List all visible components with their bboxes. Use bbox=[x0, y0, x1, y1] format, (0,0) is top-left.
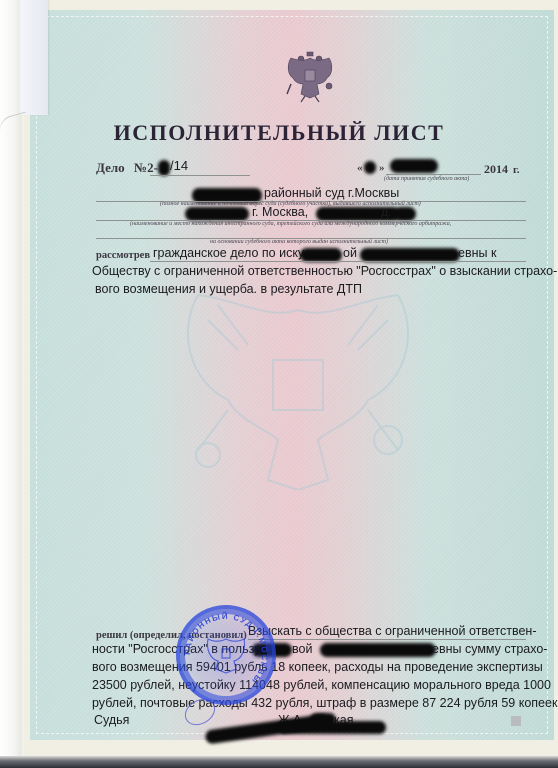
redaction-case-number bbox=[158, 160, 170, 176]
date-quote-close: » bbox=[379, 162, 385, 174]
redaction-plaintiff-name bbox=[360, 248, 460, 262]
decision-line-1: Взыскать с общества с ограниченной ответ… bbox=[248, 622, 536, 640]
plaintiff-patronymic-tail: евны к bbox=[458, 244, 496, 262]
date-underline bbox=[386, 174, 481, 175]
plaintiff-surname-tail: ой bbox=[343, 244, 357, 262]
date-year-suffix: г. bbox=[513, 164, 520, 176]
redaction-beneficiary-name bbox=[320, 643, 436, 657]
redaction-date-month bbox=[390, 159, 438, 173]
decision-line-4: 23500 рублей, неустойку 114048 рублей, к… bbox=[92, 676, 551, 694]
redaction-date-day bbox=[364, 161, 376, 174]
date-caption: (дата принятия судебного акта) bbox=[384, 176, 469, 182]
binding-tab bbox=[20, 0, 48, 115]
decision-line-2-tail: евны сумму страхо- bbox=[432, 640, 547, 658]
redaction-house-number bbox=[394, 207, 416, 221]
russian-coat-of-arms-icon bbox=[283, 48, 337, 104]
scan-edge-bottom bbox=[0, 756, 558, 768]
decision-line-3: вого возмещения 59401 рубль 18 копеек, р… bbox=[92, 658, 543, 676]
date-quote-open: « bbox=[357, 162, 363, 174]
case-number-underline bbox=[150, 175, 250, 176]
considered-line-3: вого возмещения и ущерба. в результате Д… bbox=[95, 280, 362, 298]
case-number-suffix: /14 bbox=[170, 157, 188, 175]
document-title: ИСПОЛНИТЕЛЬНЫЙ ЛИСТ bbox=[0, 120, 558, 146]
decision-line-5: рублей, почтовые расходы 432 рубля, штра… bbox=[92, 694, 557, 712]
scan-marker bbox=[511, 716, 521, 726]
watermark-coat-of-arms bbox=[168, 290, 428, 490]
considered-line-1: гражданское дело по иску bbox=[153, 244, 304, 262]
court-name: районный суд г.Москвы bbox=[264, 184, 399, 202]
decision-line-2-mid: вой bbox=[292, 640, 312, 658]
case-number-prefix: №2- bbox=[134, 160, 158, 176]
case-label: Дело bbox=[96, 160, 125, 176]
stamp-ring-text: РАЙОННЫЙ СУД Г.МОСКВЫ bbox=[180, 609, 272, 701]
redaction-seal-number bbox=[278, 721, 386, 734]
redaction-plaintiff-surname bbox=[300, 248, 342, 262]
considered-line-2: Обществу с ограниченной ответственностью… bbox=[92, 262, 557, 280]
court-address-house: д. bbox=[381, 203, 392, 221]
considered-label: рассмотрев bbox=[96, 250, 150, 261]
court-address: г. Москва, bbox=[252, 203, 308, 221]
date-year: 2014 bbox=[484, 162, 508, 177]
redaction-postal-code bbox=[185, 207, 249, 221]
court-seal-stamp-icon: РАЙОННЫЙ СУД Г.МОСКВЫ bbox=[176, 605, 276, 705]
judge-label: Судья bbox=[94, 711, 129, 729]
court-address-caption: (наименование и место нахождения иностра… bbox=[130, 221, 451, 227]
